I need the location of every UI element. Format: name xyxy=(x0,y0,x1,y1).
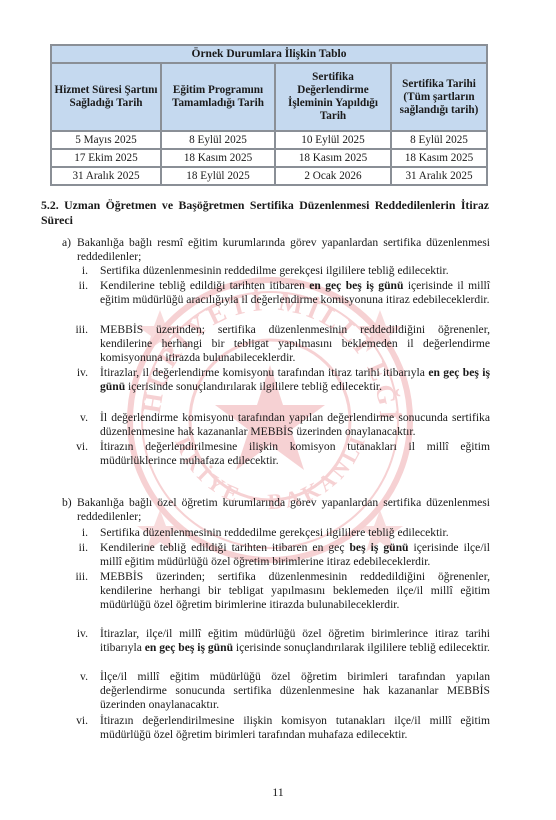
part-a-intro: a) Bakanlığa bağlı resmî eğitim kurumlar… xyxy=(62,236,490,264)
list-item: i.Sertifika düzenlenmesinin reddedilme g… xyxy=(64,526,490,540)
table-row: 31 Aralık 2025 18 Eylül 2025 2 Ocak 2026… xyxy=(51,167,487,185)
list-item-text: Sertifika düzenlenmesinin reddedilme ger… xyxy=(100,264,490,278)
list-item: iv.İtirazlar, ilçe/il millî eğitim müdür… xyxy=(64,627,490,655)
list-item-text: İtirazlar, il değerlendirme komisyonu ta… xyxy=(100,366,490,394)
table-cell: 17 Ekim 2025 xyxy=(51,149,161,167)
list-item-text: İtirazın değerlendirilmesine ilişkin kom… xyxy=(100,714,490,742)
table-cell: 18 Eylül 2025 xyxy=(161,167,275,185)
list-item-number: v. xyxy=(64,411,88,425)
table-header-row: Hizmet Süresi Şartını Sağladığı Tarih Eğ… xyxy=(51,63,487,131)
list-item-text: MEBBİS üzerinden; sertifika düzenlenmesi… xyxy=(100,323,490,366)
list-item-text: Sertifika düzenlenmesinin reddedilme ger… xyxy=(100,526,490,540)
list-item-emphasis: en geç beş iş günü xyxy=(145,641,233,654)
list-item-text: İtirazın değerlendirilmesine ilişkin kom… xyxy=(100,440,490,468)
list-item-emphasis: beş iş günü xyxy=(349,541,408,554)
list-item-text: MEBBİS üzerinden; sertifika düzenlenmesi… xyxy=(100,570,490,613)
table-cell: 8 Eylül 2025 xyxy=(161,131,275,149)
list-item: i.Sertifika düzenlenmesinin reddedilme g… xyxy=(64,264,490,278)
list-item-text-part: Kendilerine tebliğ edildiği tarihten iti… xyxy=(100,279,309,292)
list-item-number: iii. xyxy=(64,323,88,337)
list-item: vi.İtirazın değerlendirilmesine ilişkin … xyxy=(64,714,490,742)
list-item-text: İtirazlar, ilçe/il millî eğitim müdürlüğ… xyxy=(100,627,490,655)
list-item-number: ii. xyxy=(64,541,88,555)
list-item: ii.Kendilerine tebliğ edildiği tarihten … xyxy=(64,541,490,569)
table-cell: 5 Mayıs 2025 xyxy=(51,131,161,149)
list-item-number: ii. xyxy=(64,279,88,293)
list-item: iii.MEBBİS üzerinden; sertifika düzenlen… xyxy=(64,323,490,366)
page-number: 11 xyxy=(0,785,556,800)
part-a-text: Bakanlığa bağlı resmî eğitim kurumlarınd… xyxy=(77,236,490,264)
example-cases-table: Örnek Durumlara İlişkin Tablo Hizmet Sür… xyxy=(50,44,488,186)
list-item-text-part: İlçe/il millî eğitim müdürlüğü özel öğre… xyxy=(100,670,490,711)
list-item-text-part: içerisinde sonuçlandırılarak ilgililere … xyxy=(233,641,490,654)
list-item: iv.İtirazlar, il değerlendirme komisyonu… xyxy=(64,366,490,394)
table-title: Örnek Durumlara İlişkin Tablo xyxy=(51,45,487,63)
list-item: iii.MEBBİS üzerinden; sertifika düzenlen… xyxy=(64,570,490,613)
table-cell: 31 Aralık 2025 xyxy=(391,167,487,185)
part-b-intro: b) Bakanlığa bağlı özel öğretim kurumlar… xyxy=(62,496,490,524)
col-header-certificate-date: Sertifika Tarihi (Tüm şartların sağlandı… xyxy=(391,63,487,131)
list-item-number: i. xyxy=(64,264,88,278)
table-cell: 18 Kasım 2025 xyxy=(161,149,275,167)
list-item-text-part: MEBBİS üzerinden; sertifika düzenlenmesi… xyxy=(100,323,490,364)
part-b-label: b) xyxy=(62,496,72,510)
table-cell: 8 Eylül 2025 xyxy=(391,131,487,149)
list-item-text-part: Sertifika düzenlenmesinin reddedilme ger… xyxy=(100,526,449,539)
list-item-text-part: İtirazın değerlendirilmesine ilişkin kom… xyxy=(100,440,490,467)
part-b-text: Bakanlığa bağlı özel öğretim kurumlarınd… xyxy=(77,496,490,524)
document-page: CUMHURİYETİ MİLLİ EĞİTİM TÜRKİYE · BAKAN… xyxy=(0,0,556,820)
list-item-number: vi. xyxy=(64,440,88,454)
list-item-text: Kendilerine tebliğ edildiği tarihten iti… xyxy=(100,541,490,569)
table-cell: 31 Aralık 2025 xyxy=(51,167,161,185)
list-item-number: i. xyxy=(64,526,88,540)
table-cell: 10 Eylül 2025 xyxy=(275,131,391,149)
part-a-label: a) xyxy=(62,236,71,250)
list-item-number: iii. xyxy=(64,570,88,584)
table-cell: 18 Kasım 2025 xyxy=(391,149,487,167)
list-item: v.İlçe/il millî eğitim müdürlüğü özel öğ… xyxy=(64,670,490,713)
list-item-text-part: Kendilerine tebliğ edildiği tarihten iti… xyxy=(100,541,349,554)
list-item-text-part: Sertifika düzenlenmesinin reddedilme ger… xyxy=(100,264,449,277)
list-item-number: iv. xyxy=(64,627,88,641)
list-item-text: Kendilerine tebliğ edildiği tarihten iti… xyxy=(100,279,490,307)
list-item: vi.İtirazın değerlendirilmesine ilişkin … xyxy=(64,440,490,468)
list-item-number: iv. xyxy=(64,366,88,380)
table-row: 5 Mayıs 2025 8 Eylül 2025 10 Eylül 2025 … xyxy=(51,131,487,149)
col-header-evaluation-date: Sertifika Değerlendirme İşleminin Yapıld… xyxy=(275,63,391,131)
list-item-text-part: İl değerlendirme komisyonu tarafından ya… xyxy=(100,411,490,438)
list-item-number: vi. xyxy=(64,714,88,728)
col-header-service-date: Hizmet Süresi Şartını Sağladığı Tarih xyxy=(51,63,161,131)
list-item-text: İl değerlendirme komisyonu tarafından ya… xyxy=(100,411,490,439)
col-header-training-date: Eğitim Programını Tamamladığı Tarih xyxy=(161,63,275,131)
table-cell: 2 Ocak 2026 xyxy=(275,167,391,185)
list-item-number: v. xyxy=(64,670,88,684)
list-item-text-part: İtirazlar, il değerlendirme komisyonu ta… xyxy=(100,366,428,379)
list-item-text-part: İtirazın değerlendirilmesine ilişkin kom… xyxy=(100,714,490,741)
section-heading: 5.2. Uzman Öğretmen ve Başöğretmen Serti… xyxy=(41,198,489,227)
list-item-emphasis: en geç beş iş günü xyxy=(309,279,403,292)
table-row: 17 Ekim 2025 18 Kasım 2025 18 Kasım 2025… xyxy=(51,149,487,167)
list-item: ii.Kendilerine tebliğ edildiği tarihten … xyxy=(64,279,490,307)
table-cell: 18 Kasım 2025 xyxy=(275,149,391,167)
list-item: v.İl değerlendirme komisyonu tarafından … xyxy=(64,411,490,439)
list-item-text-part: MEBBİS üzerinden; sertifika düzenlenmesi… xyxy=(100,570,490,611)
list-item-text-part: içerisinde sonuçlandırılarak ilgililere … xyxy=(125,380,382,393)
list-item-text: İlçe/il millî eğitim müdürlüğü özel öğre… xyxy=(100,670,490,713)
